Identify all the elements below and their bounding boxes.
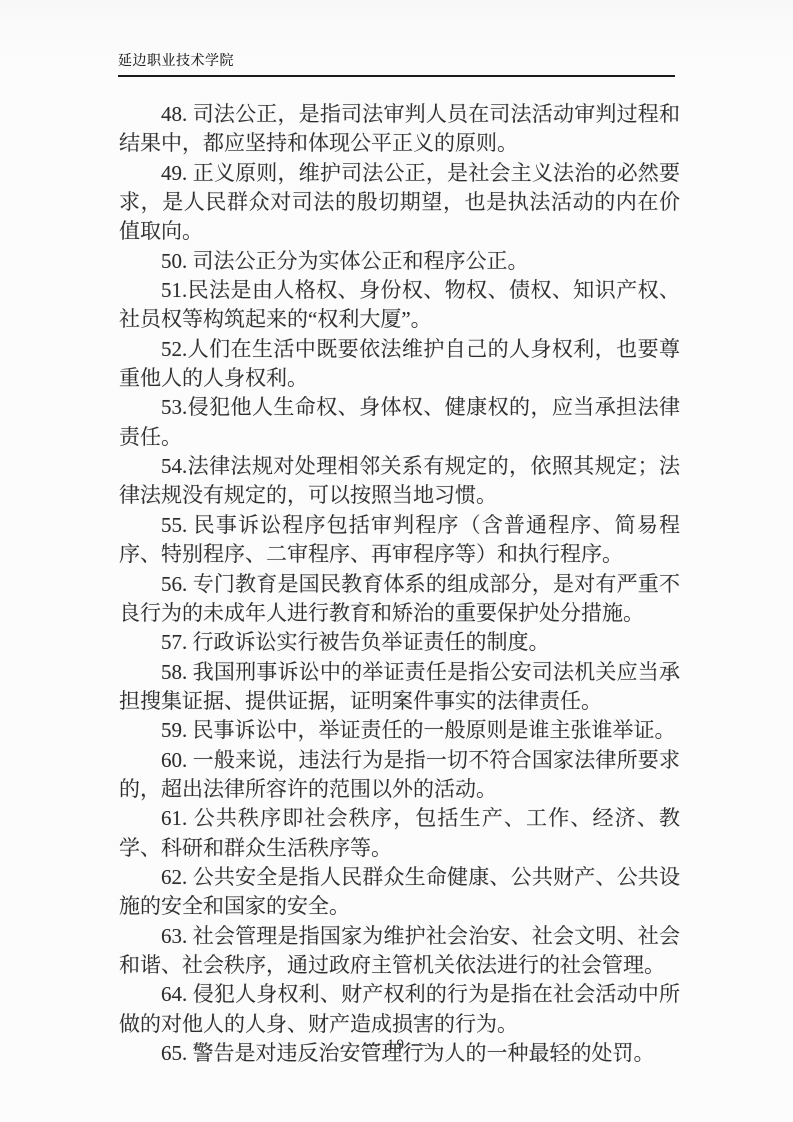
definition-item: 55. 民事诉讼程序包括审判程序（含普通程序、简易程序、特别程序、二审程序、再审… (119, 511, 680, 570)
definition-item: 56. 专门教育是国民教育体系的组成部分，是对有严重不良行为的未成年人进行教育和… (119, 570, 680, 629)
page-header: 延边职业技术学院 (118, 54, 675, 70)
definition-item: 58. 我国刑事诉讼中的举证责任是指公安司法机关应当承担搜集证据、提供证据，证明… (119, 658, 680, 717)
header-rule (118, 75, 675, 77)
document-page: 延边职业技术学院 48. 司法公正，是指司法审判人员在司法活动审判过程和结果中，… (0, 0, 793, 1122)
definition-item: 49. 正义原则，维护司法公正，是社会主义法治的必然要求，是人民群众对司法的殷切… (119, 159, 680, 247)
page-footer: — 19 — (0, 1036, 793, 1054)
definition-item: 61. 公共秩序即社会秩序，包括生产、工作、经济、教学、科研和群众生活秩序等。 (119, 804, 680, 863)
definition-item: 64. 侵犯人身权利、财产权利的行为是指在社会活动中所做的对他人的人身、财产造成… (119, 980, 680, 1039)
definition-item: 63. 社会管理是指国家为维护社会治安、社会文明、社会和谐、社会秩序，通过政府主… (119, 922, 680, 981)
definition-item: 52.人们在生活中既要依法维护自己的人身权利，也要尊重他人的人身权利。 (119, 335, 680, 394)
definition-item: 62. 公共安全是指人民群众生命健康、公共财产、公共设施的安全和国家的安全。 (119, 863, 680, 922)
definition-item: 60. 一般来说，违法行为是指一切不符合国家法律所要求的，超出法律所容许的范围以… (119, 746, 680, 805)
definition-item: 51.民法是由人格权、身份权、物权、债权、知识产权、社员权等构筑起来的“权利大厦… (119, 276, 680, 335)
definition-item: 54.法律法规对处理相邻关系有规定的，依照其规定；法律法规没有规定的，可以按照当… (119, 452, 680, 511)
definition-item: 53.侵犯他人生命权、身体权、健康权的，应当承担法律责任。 (119, 393, 680, 452)
definition-item: 59. 民事诉讼中，举证责任的一般原则是谁主张谁举证。 (119, 716, 680, 745)
school-name-header: 延边职业技术学院 (118, 54, 675, 70)
definition-item: 50. 司法公正分为实体公正和程序公正。 (119, 247, 680, 276)
definition-item: 57. 行政诉讼实行被告负举证责任的制度。 (119, 628, 680, 657)
definition-item: 48. 司法公正，是指司法审判人员在司法活动审判过程和结果中，都应坚持和体现公平… (119, 100, 680, 159)
definitions-list: 48. 司法公正，是指司法审判人员在司法活动审判过程和结果中，都应坚持和体现公平… (119, 100, 680, 1068)
page-number: — 19 — (364, 1037, 429, 1053)
